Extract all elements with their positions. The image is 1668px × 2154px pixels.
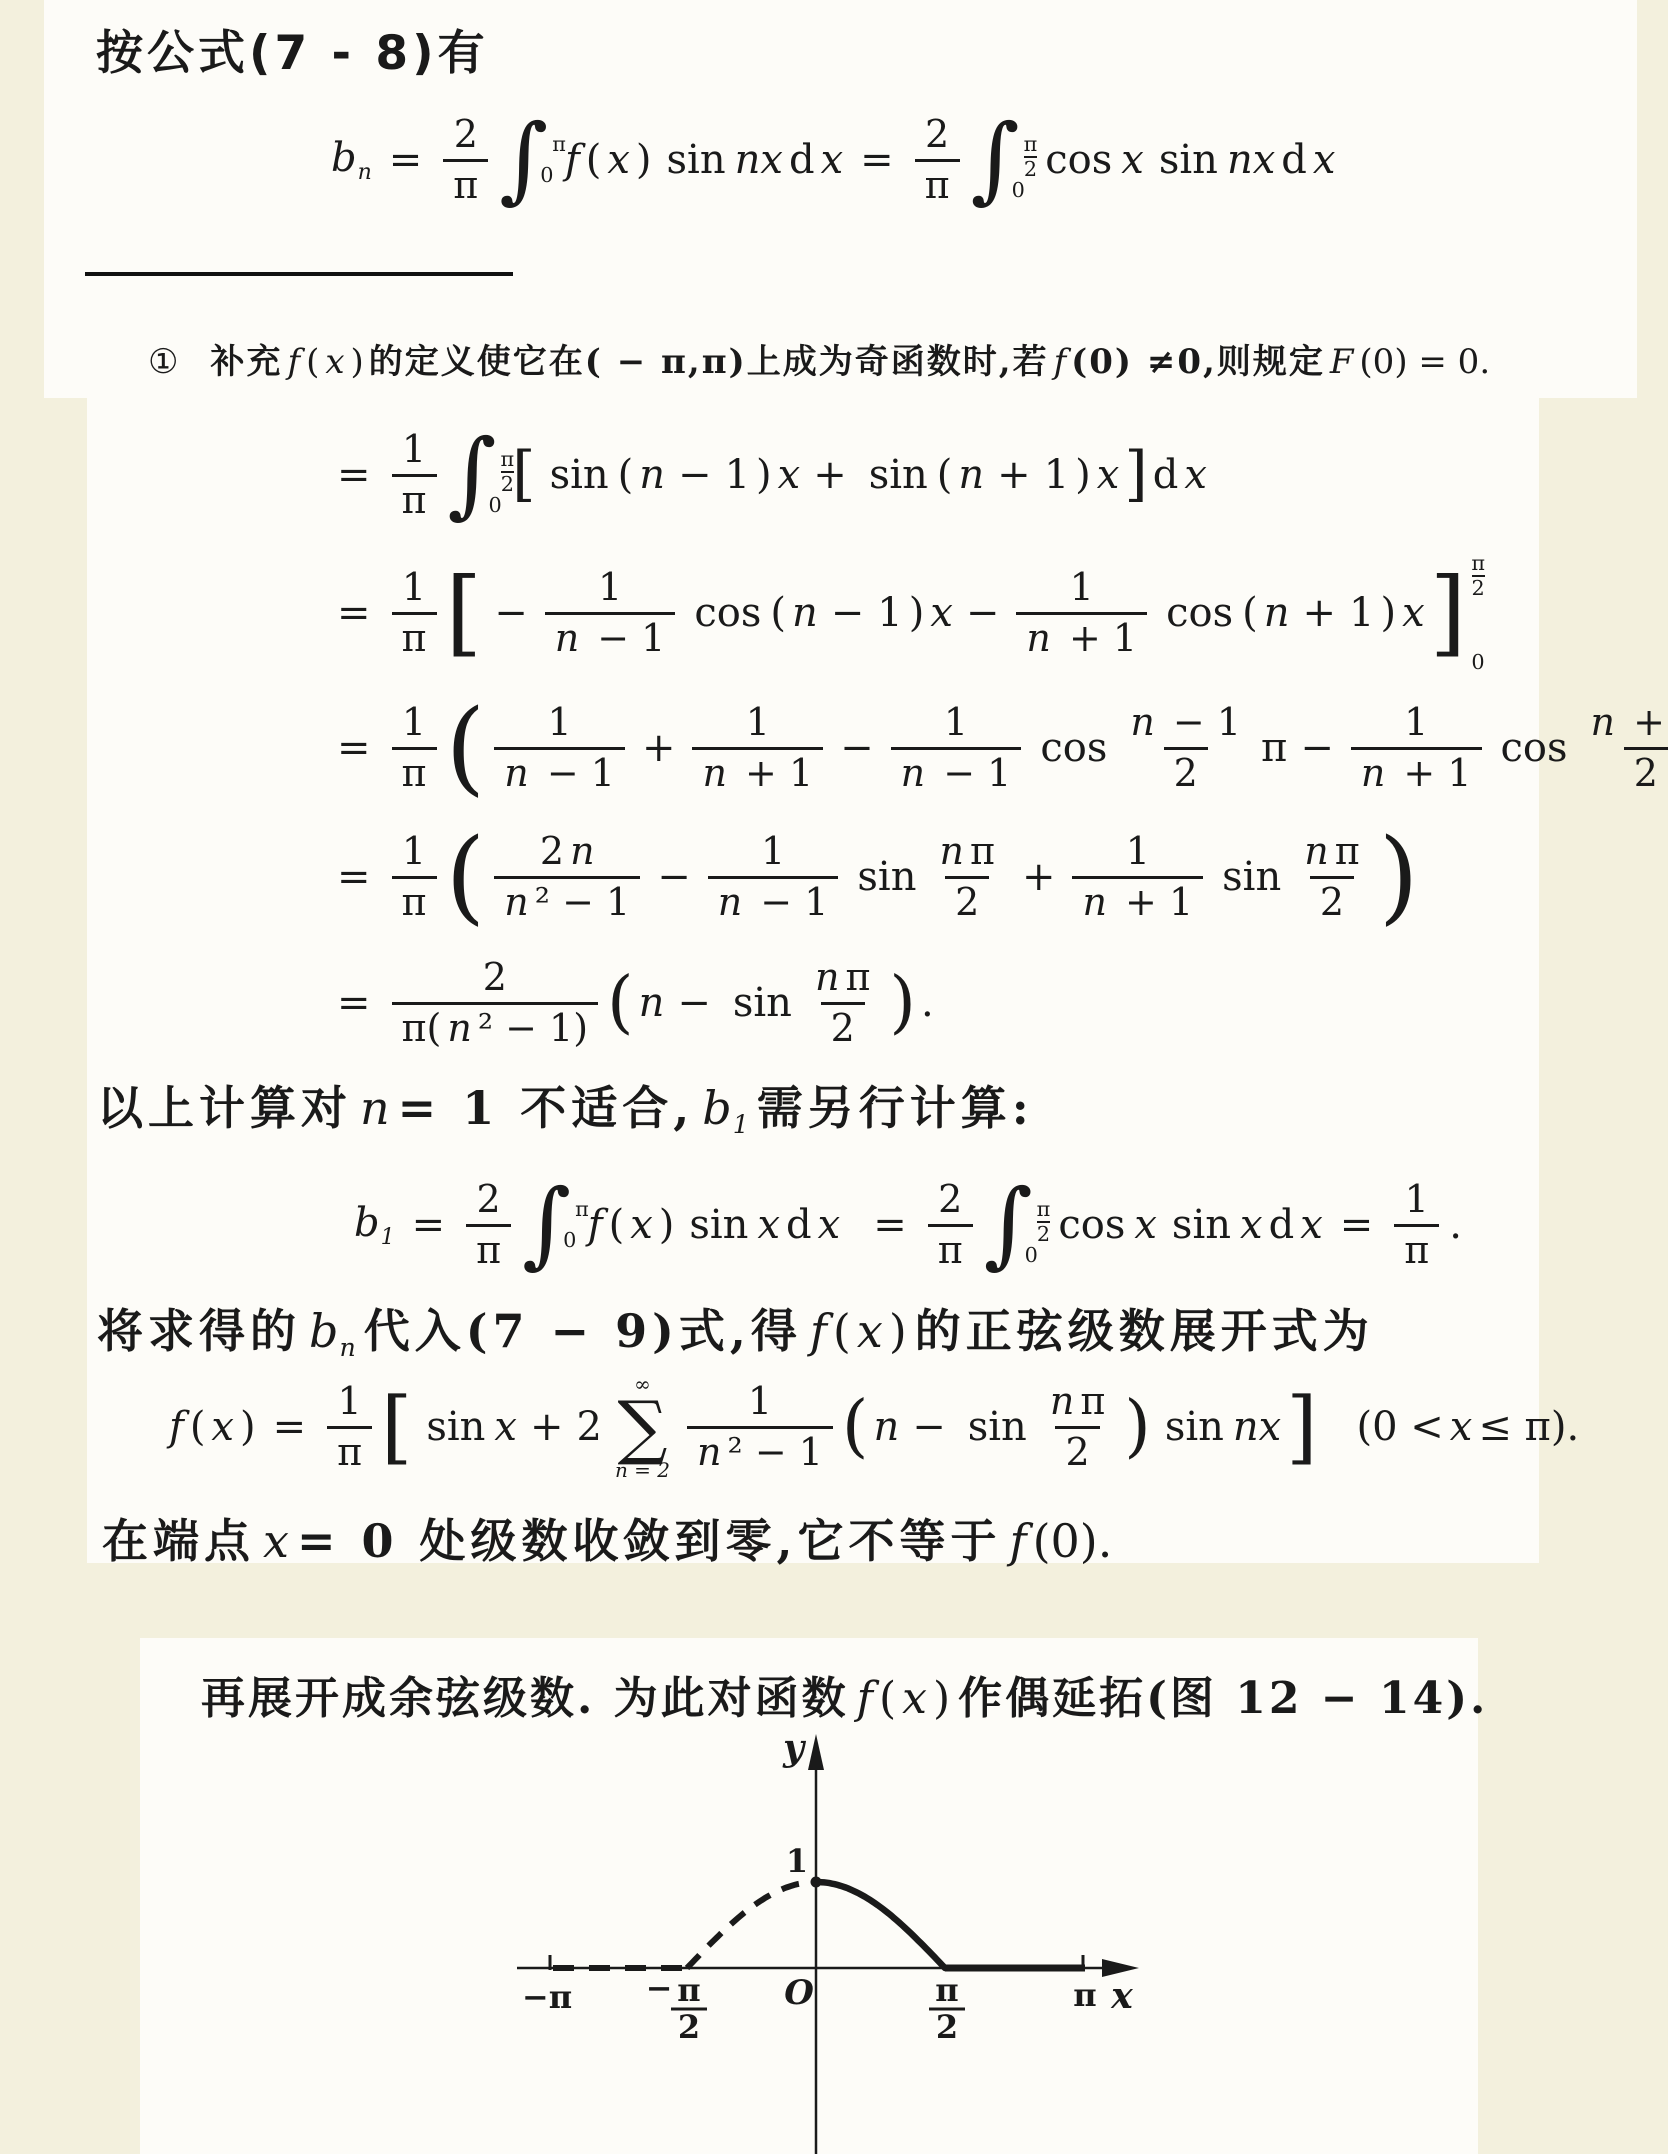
math-token: 2 <box>1164 747 1208 794</box>
math-token: bn <box>331 135 372 185</box>
math-token: ( <box>618 452 634 498</box>
math-token: x <box>263 1514 289 1568</box>
fraction: 1π <box>392 567 437 658</box>
math-token: n = 2 <box>615 1460 670 1480</box>
math-token: n − 1 <box>891 747 1022 794</box>
math-token: = <box>337 725 371 771</box>
math-token: f <box>169 1404 184 1450</box>
math-token: 2 <box>821 1002 865 1049</box>
math-token: − <box>912 1404 946 1450</box>
math-token: sin <box>426 1404 485 1450</box>
math-token: π(n² − 1) <box>392 1002 599 1049</box>
math-token: d <box>786 1202 812 1248</box>
math-token: 2 <box>1065 1430 1089 1474</box>
math-token: f <box>1054 342 1067 382</box>
math-token: 2 <box>483 955 507 999</box>
math-token: n + 1 <box>692 747 823 794</box>
integral: ∫π20 <box>984 1187 1043 1262</box>
math-token: ² − 1) <box>478 1006 588 1050</box>
math-token: − <box>1300 725 1334 771</box>
axis-label: 2 <box>936 2008 958 2046</box>
math-token: π <box>928 1224 973 1271</box>
math-token: 1 <box>725 452 750 498</box>
math-token: 1 <box>934 702 978 746</box>
math-token: π <box>402 478 427 522</box>
math-token: n + 1 <box>1072 876 1203 923</box>
formula-step-5: =2π(n² − 1)(n−sinnπ2). <box>323 933 937 1073</box>
subscript: 1 <box>733 1110 749 1139</box>
fraction: 1π <box>392 831 437 922</box>
formula-step-2: =1π[−1n − 1cos(n−1)x−1n + 1cos(n+1)x]π20 <box>323 545 1485 681</box>
math-token: ) <box>909 590 925 636</box>
math-token: ) <box>659 1202 675 1248</box>
math-token: nx <box>1227 137 1275 183</box>
fraction: 1n − 1 <box>494 702 625 793</box>
math-token: x <box>211 1404 234 1450</box>
math-token: π( <box>402 1006 442 1050</box>
math-token: n <box>697 1430 721 1474</box>
math-token: n² − 1 <box>687 1426 833 1473</box>
math-token: 1 <box>1404 700 1428 744</box>
formula-fx-series: f(x)=1π[sinx+2∞∑n = 21n² − 1(n−sinnπ2)si… <box>166 1345 1582 1509</box>
math-token: π <box>938 1228 963 1272</box>
math-token: = <box>337 590 371 636</box>
math-token: d <box>1269 1202 1295 1248</box>
math-token: 2 <box>1024 156 1037 180</box>
math-token: b1 <box>354 1200 395 1250</box>
math-token: 2 <box>444 114 488 158</box>
math-token: 1 <box>736 702 780 746</box>
math-token: π <box>466 1224 511 1271</box>
math-token: π2 <box>1024 134 1038 180</box>
axis-label: 1 <box>786 1842 808 1880</box>
math-token: nx <box>1233 1404 1281 1450</box>
math-token: 1 <box>751 831 795 875</box>
math-token: sin <box>733 980 792 1026</box>
math-token: + <box>997 452 1031 498</box>
big-delimiter: [ <box>446 574 483 651</box>
math-token: x <box>1121 137 1144 183</box>
fraction: nπ2 <box>929 831 1004 922</box>
footnote-text: 补充f(x)的定义使它在( − π,π)上成为奇函数时,若f(0) ≠0,则规定… <box>208 342 1493 382</box>
math-token: π2 <box>1471 553 1485 599</box>
math-token: ) <box>1075 452 1091 498</box>
axis-label: O <box>784 1973 814 2013</box>
big-delimiter: ( <box>607 975 634 1031</box>
math-token: 2 <box>1624 747 1668 794</box>
math-token: 的定义使它在( − π,π)上成为奇函数时,若 <box>369 342 1049 382</box>
math-token: n <box>958 452 984 498</box>
math-token: π <box>1037 1199 1051 1220</box>
math-token: 2 <box>501 471 514 495</box>
math-token: . <box>921 980 934 1026</box>
math-token: π <box>402 880 427 924</box>
math-token: ≤ π). <box>1478 1404 1579 1450</box>
math-token: 2 <box>1055 1426 1099 1473</box>
math-token: 在端点 <box>102 1514 255 1568</box>
math-token: nx <box>735 137 783 183</box>
summation: ∞∑n = 2 <box>615 1374 670 1481</box>
math-token: n <box>939 829 963 873</box>
math-token: π <box>915 159 960 206</box>
math-token: d <box>789 137 815 183</box>
math-token: n − 1 <box>1120 702 1251 746</box>
math-token: n − 1 <box>545 612 676 659</box>
math-token: 2 <box>1174 751 1198 795</box>
mini-fraction: π2 <box>1037 1199 1051 1245</box>
math-token: π <box>552 134 566 155</box>
math-token: f <box>287 342 300 382</box>
math-token: 2 <box>938 1177 962 1221</box>
footnote-marker: ① <box>148 342 178 382</box>
math-token: − <box>831 590 865 636</box>
fraction: 1n² − 1 <box>687 1381 833 1472</box>
math-token: + <box>530 1404 564 1450</box>
integral-limits: π20 <box>1029 1199 1043 1251</box>
math-token: n <box>718 880 742 924</box>
math-token: π <box>500 449 514 470</box>
math-token: π <box>1404 1228 1429 1272</box>
fraction: nπ2 <box>1294 831 1369 922</box>
math-token: = 1 不适合, <box>398 1081 695 1135</box>
math-token: . <box>1449 1202 1462 1248</box>
math-token: n <box>639 980 665 1026</box>
paragraph-endpoint: 在端点x= 0 处级数收敛到零,它不等于f(0). <box>97 1505 1115 1571</box>
math-token: 0 <box>563 1230 577 1251</box>
big-delimiter: ] <box>1430 574 1467 651</box>
peak-point <box>811 1877 822 1888</box>
math-token: sin <box>857 854 916 900</box>
math-token: 2 <box>925 112 949 156</box>
big-delimiter: ] <box>1124 450 1147 499</box>
math-token: n <box>1082 880 1106 924</box>
math-token: x <box>1402 590 1425 636</box>
math-token: − <box>966 590 1000 636</box>
math-token: − <box>494 590 528 636</box>
math-token: n <box>901 751 925 795</box>
big-delimiter: ( <box>446 835 486 919</box>
math-token: n <box>1361 751 1385 795</box>
math-token: + <box>813 452 847 498</box>
math-token: = <box>337 452 371 498</box>
math-token: 1 <box>402 829 426 873</box>
math-token: n <box>555 616 579 660</box>
math-token: 0 <box>540 165 554 186</box>
math-token: ) <box>756 452 772 498</box>
math-token: n <box>360 1081 390 1135</box>
formula-b1: b1=2π∫π0f(x)sinxdx=2π∫π20cosxsinxdx=1π. <box>351 1158 1465 1292</box>
formula-bn: bn=2π∫π0f(x)sinnxdx=2π∫π20cosxsinnxdx <box>328 95 1338 225</box>
math-token: x <box>607 137 630 183</box>
math-token: π <box>392 876 437 923</box>
math-token: − 1 <box>1161 700 1241 744</box>
big-delimiter: ) <box>1124 1399 1151 1455</box>
math-token: 0 <box>1025 1245 1039 1266</box>
math-token: d <box>1281 137 1307 183</box>
math-token: 2 <box>915 114 959 158</box>
math-token: ( <box>937 452 953 498</box>
fraction: n + 12 <box>1581 702 1668 793</box>
math-token: cos <box>1040 725 1107 771</box>
math-token: 1 <box>548 700 572 744</box>
math-token: x <box>1450 1404 1473 1450</box>
axis-label: π <box>935 1971 958 2009</box>
math-token: + 1 <box>1057 616 1137 660</box>
math-token: 2 <box>955 880 979 924</box>
math-token: x <box>757 1202 780 1248</box>
math-token: 需另行计算: <box>757 1081 1034 1135</box>
math-token: n + 1 <box>1016 612 1147 659</box>
math-token: π <box>1024 134 1038 155</box>
math-token: ( <box>190 1404 206 1450</box>
math-token: π <box>476 1228 501 1272</box>
math-token: − <box>657 854 691 900</box>
integral-limits: π0 <box>544 134 558 186</box>
math-token: x <box>1300 1202 1323 1248</box>
math-token: n <box>504 751 528 795</box>
math-token: = <box>389 137 423 183</box>
math-token: n <box>1304 829 1328 873</box>
math-token: + 1 <box>1113 880 1193 924</box>
integral-limits: π20 <box>492 449 506 501</box>
math-token: n <box>873 1404 899 1450</box>
math-token: n <box>792 590 818 636</box>
big-delimiter: [ <box>512 450 535 499</box>
math-token: sin <box>550 452 609 498</box>
math-token: n <box>447 1006 471 1050</box>
math-token: cos <box>1058 1202 1125 1248</box>
math-token: sin <box>1165 1404 1224 1450</box>
math-token: sin <box>667 137 726 183</box>
math-token: nπ <box>929 831 1004 875</box>
axis-label: 2 <box>678 2008 700 2046</box>
math-token: + <box>1022 854 1056 900</box>
math-token: f <box>1010 1514 1027 1568</box>
math-token: f <box>588 1202 603 1248</box>
math-token: 1 <box>1126 829 1150 873</box>
math-token: − 1 <box>748 880 828 924</box>
math-token: x <box>818 1202 841 1248</box>
math-token: 2 <box>945 876 989 923</box>
math-token: ) <box>636 137 652 183</box>
math-token: nπ <box>1040 1381 1115 1425</box>
footnote-line: ①补充f(x)的定义使它在( − π,π)上成为奇函数时,若f(0) ≠0,则规… <box>148 334 1493 383</box>
math-token: ( <box>1242 590 1258 636</box>
math-token: 以上计算对 <box>97 1081 352 1135</box>
math-token: x <box>1240 1202 1263 1248</box>
fraction: 1n − 1 <box>545 567 676 658</box>
big-delimiter: ] <box>1286 1394 1317 1460</box>
math-token: 1 <box>392 831 436 875</box>
math-token: 1 <box>1394 702 1438 746</box>
math-token: 2n <box>530 831 605 875</box>
math-token: π <box>1080 1379 1105 1423</box>
math-token: 1 <box>1116 831 1160 875</box>
math-token: 2 <box>928 1179 972 1223</box>
math-token: + 1 <box>1391 751 1471 795</box>
math-token: π <box>453 163 478 207</box>
math-token: n <box>702 751 726 795</box>
math-token: 1 <box>328 1381 372 1425</box>
subscript: 1 <box>381 1225 395 1250</box>
integral: ∫π0 <box>522 1187 581 1262</box>
title-text: 按公式(7 - 8)有 <box>96 26 489 81</box>
math-token: x <box>630 1202 653 1248</box>
math-token: = <box>873 1202 907 1248</box>
math-token: ( <box>609 1202 625 1248</box>
math-token: 1 <box>748 1379 772 1423</box>
math-token: (0). <box>1033 1514 1113 1568</box>
integral: ∫π20 <box>448 437 507 512</box>
math-token: 2 <box>1310 876 1354 923</box>
integral-limits: π20 <box>1016 134 1030 186</box>
fraction: 1π <box>392 702 437 793</box>
math-token: n − 1 <box>708 876 839 923</box>
math-token: n <box>504 880 528 924</box>
math-token: F <box>1330 342 1354 382</box>
math-token: π <box>1394 1224 1439 1271</box>
footnote-rule <box>85 272 513 276</box>
math-token: 2 <box>1634 751 1658 795</box>
math-token: π <box>845 955 870 999</box>
fraction: 1n − 1 <box>891 702 1022 793</box>
math-token: 1 <box>392 702 436 746</box>
math-token: n <box>1050 1379 1074 1423</box>
math-token: ) <box>351 342 364 382</box>
integral-limits: π0 <box>567 1199 581 1251</box>
big-delimiter: ( <box>842 1399 869 1455</box>
math-token: π <box>1471 553 1485 574</box>
textbook-page: 按公式(7 - 8)有 bn=2π∫π0f(x)sinnxdx=2π∫π20co… <box>0 0 1668 2154</box>
math-token: sin <box>1159 137 1218 183</box>
math-token: π <box>402 616 427 660</box>
fraction: 1n + 1 <box>1351 702 1482 793</box>
math-token: 1 <box>1070 565 1094 609</box>
math-token: ( <box>770 590 786 636</box>
math-token: 1 <box>746 700 770 744</box>
math-token: π <box>327 1426 372 1473</box>
math-token: 1 <box>944 700 968 744</box>
math-token: x <box>821 137 844 183</box>
big-delimiter: ( <box>446 706 486 790</box>
math-token: (0) ≠0,则规定 <box>1071 342 1325 382</box>
math-token: (0) = 0. <box>1359 342 1490 382</box>
math-token: π <box>337 1430 362 1474</box>
math-token: − <box>678 452 712 498</box>
math-token: − 1 <box>931 751 1011 795</box>
fraction: 1π <box>327 1381 372 1472</box>
math-token: π <box>1335 829 1360 873</box>
math-token: ( <box>586 137 602 183</box>
math-token: d <box>1153 452 1179 498</box>
math-token: + 1 <box>1621 700 1668 744</box>
math-token: b1 <box>702 1081 749 1135</box>
axis-label: x <box>1110 1975 1133 2017</box>
evaluation-limits: π20 <box>1471 553 1485 673</box>
math-token: 1 <box>338 1379 362 1423</box>
math-token: n + 1 <box>1581 702 1668 746</box>
math-token: π <box>402 751 427 795</box>
math-token: π2 <box>1037 1199 1051 1245</box>
fraction: 1π <box>1394 1179 1439 1270</box>
y-axis-arrow <box>808 1734 824 1770</box>
math-token: nπ <box>805 957 880 1001</box>
math-token: ² − 1 <box>728 1430 823 1474</box>
math-token: sin <box>1222 854 1281 900</box>
math-token: x <box>1313 137 1336 183</box>
math-token: n <box>1591 700 1615 744</box>
math-token: 0 <box>1012 180 1026 201</box>
math-token: f <box>565 137 580 183</box>
math-token: n <box>815 955 839 999</box>
math-token: π <box>575 1199 589 1220</box>
math-token: 1 <box>1349 590 1374 636</box>
math-token: (0 < <box>1356 1404 1443 1450</box>
math-token: π2 <box>500 449 514 495</box>
math-token: 2 <box>576 1404 601 1450</box>
axis-label: −π <box>522 1978 572 2016</box>
math-token: x <box>778 452 801 498</box>
math-token: 2 <box>1037 1221 1050 1245</box>
math-token: 2 <box>473 957 517 1001</box>
math-token: 1 <box>1060 567 1104 611</box>
math-token: n² − 1 <box>494 876 640 923</box>
big-delimiter: ) <box>1379 835 1419 919</box>
math-token: 1 <box>761 829 785 873</box>
math-token: 1 <box>538 702 582 746</box>
mini-fraction: π2 <box>1471 553 1485 599</box>
math-token: π <box>392 747 437 794</box>
paragraph-b1-note: 以上计算对n= 1 不适合,b1需另行计算: <box>92 1072 1039 1139</box>
math-token: π <box>443 159 488 206</box>
fraction: 2π <box>466 1179 511 1270</box>
math-token: x <box>1184 452 1207 498</box>
fraction: 2π <box>915 114 960 205</box>
fraction: 1n + 1 <box>1016 567 1147 658</box>
math-token: sin <box>689 1202 748 1248</box>
fraction: nπ2 <box>1040 1381 1115 1472</box>
big-delimiter: [ <box>381 1394 412 1460</box>
math-token: π <box>392 474 437 521</box>
math-token: cos <box>694 590 761 636</box>
math-token: 1 <box>402 427 426 471</box>
math-token: 2 <box>1320 880 1344 924</box>
math-token: n + 1 <box>1351 747 1482 794</box>
math-token: n <box>1130 700 1154 744</box>
fraction: 2π(n² − 1) <box>392 957 599 1048</box>
math-token: = 0 处级数收敛到零,它不等于 <box>297 1514 1002 1568</box>
math-token: 1 <box>392 429 436 473</box>
math-token: cos <box>1166 590 1233 636</box>
math-token: nπ <box>1294 831 1369 875</box>
fraction: 1π <box>392 429 437 520</box>
math-token: 1 <box>588 567 632 611</box>
math-token: 2 <box>454 112 478 156</box>
axis-label: − <box>646 1969 673 2007</box>
math-token: = <box>1340 1202 1374 1248</box>
math-token: sin <box>1172 1202 1231 1248</box>
math-token: 1 <box>402 700 426 744</box>
curve-dashed-left <box>687 1882 816 1968</box>
math-token: x <box>325 342 344 382</box>
big-delimiter: ) <box>889 975 916 1031</box>
math-token: = <box>337 854 371 900</box>
math-token: x <box>494 1404 517 1450</box>
math-token: π <box>970 829 995 873</box>
axis-label: y <box>782 1727 806 1769</box>
integral: ∫π20 <box>971 122 1030 197</box>
math-token: 1 <box>598 565 622 609</box>
